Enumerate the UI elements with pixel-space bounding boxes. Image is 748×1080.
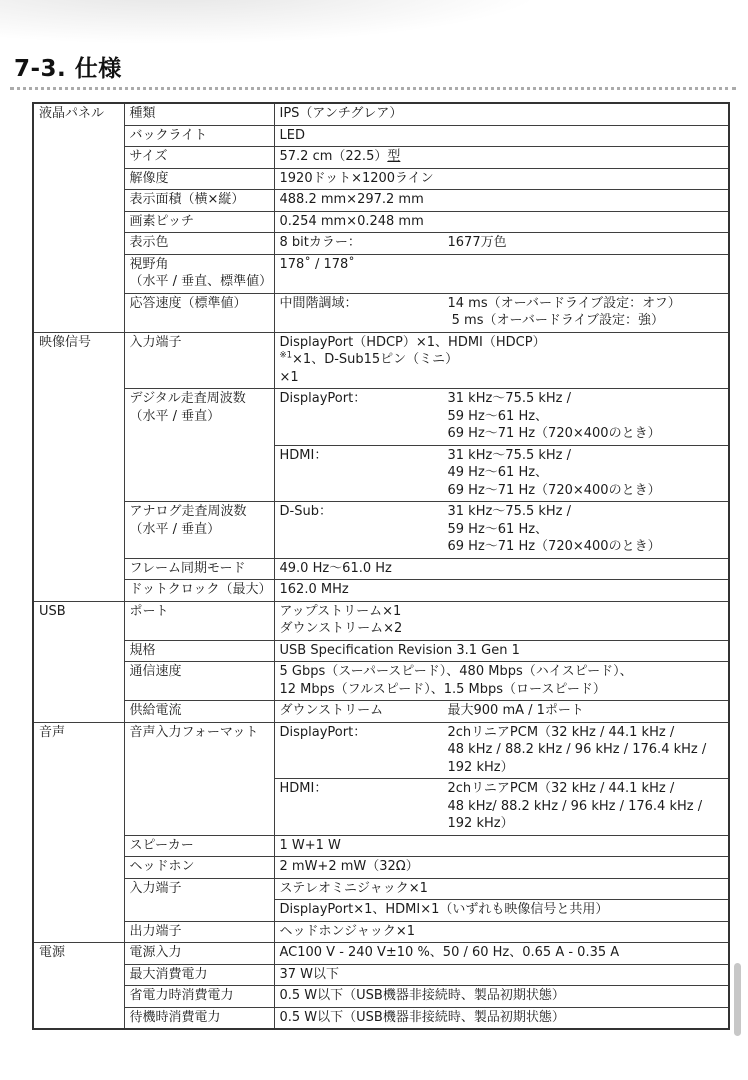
value-key: 中間階調域： [280,295,448,330]
spec-value: DisplayPort（HDCP）×1、HDMI（HDCP）※1×1、D-Sub… [274,332,729,389]
value-key: ダウンストリーム [280,702,448,720]
table-row: サイズ57.2 cm（22.5）型 [33,147,729,169]
table-row: 映像信号入力端子DisplayPort（HDCP）×1、HDMI（HDCP）※1… [33,332,729,389]
spec-label: 待機時消費電力 [124,1007,274,1029]
spec-label: 供給電流 [124,701,274,723]
table-row: アナログ走査周波数（水平 / 垂直）D-Sub：31 kHz～75.5 kHz … [33,502,729,559]
value-line: 1920ドット×1200ライン [280,170,725,188]
table-row: 出力端子ヘッドホンジャック×1 [33,921,729,943]
value-detail: 最大900 mA / 1ポート [448,702,725,720]
value-line: 12 Mbps（フルスピード）、1.5 Mbps（ロースピード） [280,681,725,699]
spec-label: デジタル走査周波数（水平 / 垂直） [124,389,274,502]
table-row: 視野角（水平 / 垂直、標準値）178˚ / 178˚ [33,254,729,293]
spec-value: 0.5 W以下（USB機器非接続時、製品初期状態） [274,1007,729,1029]
value-line: 69 Hz～71 Hz（720×400のとき） [448,425,725,443]
table-row: 画素ピッチ0.254 mm×0.248 mm [33,211,729,233]
table-row: 入力端子ステレオミニジャック×1 [33,878,729,900]
value-line: 5 Gbps（スーパースピード）、480 Mbps（ハイスピード）、 [280,663,725,681]
spec-label: 通信速度 [124,662,274,701]
spec-label: ドットクロック（最大） [124,580,274,602]
spec-label-line: スピーカー [130,837,270,855]
spec-value: ヘッドホンジャック×1 [274,921,729,943]
key-value-pair: DisplayPort：31 kHz～75.5 kHz /59 Hz～61 Hz… [280,390,725,443]
value-line: 2chリニアPCM（32 kHz / 44.1 kHz / [448,724,725,742]
spec-label: 入力端子 [124,878,274,921]
spec-label: 最大消費電力 [124,964,274,986]
value-line: 57.2 cm（22.5）型 [280,148,725,166]
spec-value: 0.5 W以下（USB機器非接続時、製品初期状態） [274,986,729,1008]
value-line: 2chリニアPCM（32 kHz / 44.1 kHz / [448,780,725,798]
section-label: 液晶パネル [33,103,124,332]
spec-label-line: サイズ [130,148,270,166]
spec-value: 162.0 MHz [274,580,729,602]
value-key: HDMI： [280,447,448,500]
spec-value: 178˚ / 178˚ [274,254,729,293]
spec-value: 2 mW+2 mW（32Ω） [274,857,729,879]
spec-label-line: 種類 [130,105,270,123]
spec-label: 応答速度（標準値） [124,293,274,332]
value-line: 14 ms（オーバードライブ設定：オフ） [448,295,725,313]
spec-value: 1920ドット×1200ライン [274,168,729,190]
spec-value: IPS（アンチグレア） [274,103,729,125]
table-row: 待機時消費電力0.5 W以下（USB機器非接続時、製品初期状態） [33,1007,729,1029]
value-line: 488.2 mm×297.2 mm [280,191,725,209]
value-line: 1677万色 [448,234,725,252]
spec-label: 入力端子 [124,332,274,389]
value-line: AC100 V - 240 V±10 %、50 / 60 Hz、0.65 A -… [280,944,725,962]
spec-label-line: 応答速度（標準値） [130,295,270,313]
value-line: LED [280,127,725,145]
value-key: DisplayPort： [280,724,448,777]
spec-value: 57.2 cm（22.5）型 [274,147,729,169]
value-line: 178˚ / 178˚ [280,256,725,274]
spec-value: ダウンストリーム最大900 mA / 1ポート [274,701,729,723]
spec-label: 電源入力 [124,943,274,965]
spec-label-line: 供給電流 [130,702,270,720]
spec-value: 49.0 Hz～61.0 Hz [274,558,729,580]
value-key: 8 bitカラー： [280,234,448,252]
spec-label-line: 省電力時消費電力 [130,987,270,1005]
spec-label: 出力端子 [124,921,274,943]
value-line: DisplayPort（HDCP）×1、HDMI（HDCP）※1×1、D-Sub… [280,334,725,369]
spec-label-line: 音声入力フォーマット [130,724,270,742]
table-row: ドットクロック（最大）162.0 MHz [33,580,729,602]
table-row: 表示色8 bitカラー：1677万色 [33,233,729,255]
spec-label-line: フレーム同期モード [130,560,270,578]
spec-value: 37 W以下 [274,964,729,986]
key-value-pair: D-Sub：31 kHz～75.5 kHz /59 Hz～61 Hz、69 Hz… [280,503,725,556]
spec-label: スピーカー [124,835,274,857]
section-label: 音声 [33,722,124,943]
table-row: 通信速度5 Gbps（スーパースピード）、480 Mbps（ハイスピード）、12… [33,662,729,701]
spec-value: LED [274,125,729,147]
spec-value: 488.2 mm×297.2 mm [274,190,729,212]
value-line: 最大900 mA / 1ポート [448,702,725,720]
table-row: 供給電流ダウンストリーム最大900 mA / 1ポート [33,701,729,723]
spec-label: 視野角（水平 / 垂直、標準値） [124,254,274,293]
table-row: バックライトLED [33,125,729,147]
scrollbar-thumb[interactable] [734,963,741,1036]
spec-label-line: 画素ピッチ [130,213,270,231]
value-key: D-Sub： [280,503,448,556]
table-row: 解像度1920ドット×1200ライン [33,168,729,190]
spec-value: 5 Gbps（スーパースピード）、480 Mbps（ハイスピード）、12 Mbp… [274,662,729,701]
spec-value: アップストリーム×1ダウンストリーム×2 [274,601,729,640]
value-detail: 31 kHz～75.5 kHz /49 Hz～61 Hz、69 Hz～71 Hz… [448,447,725,500]
value-line: 69 Hz～71 Hz（720×400のとき） [448,482,725,500]
spec-value: 8 bitカラー：1677万色 [274,233,729,255]
value-detail: 2chリニアPCM（32 kHz / 44.1 kHz /48 kHz / 88… [448,724,725,777]
spec-label: アナログ走査周波数（水平 / 垂直） [124,502,274,559]
spec-label: 画素ピッチ [124,211,274,233]
spec-label-line: 出力端子 [130,923,270,941]
key-value-pair: ダウンストリーム最大900 mA / 1ポート [280,702,725,720]
spec-label-line: 電源入力 [130,944,270,962]
spec-label-line: （水平 / 垂直） [130,408,270,426]
value-key: HDMI： [280,780,448,833]
value-text: DisplayPort（HDCP）×1、HDMI（HDCP） [280,335,546,350]
spec-label-line: 入力端子 [130,334,270,352]
table-row: スピーカー1 W+1 W [33,835,729,857]
table-row: 最大消費電力37 W以下 [33,964,729,986]
spec-value: DisplayPort×1、HDMI×1（いずれも映像信号と共用） [274,900,729,922]
spec-label-line: 入力端子 [130,880,270,898]
value-text: 57.2 cm（22.5） [280,149,388,164]
value-line: 31 kHz～75.5 kHz / [448,503,725,521]
spec-label-line: ヘッドホン [130,858,270,876]
spec-label-line: （水平 / 垂直、標準値） [130,273,270,291]
value-line: 31 kHz～75.5 kHz / [448,447,725,465]
spec-label: ポート [124,601,274,640]
page-title: 7-3. 仕様 [14,50,122,83]
value-line: USB Specification Revision 3.1 Gen 1 [280,642,725,660]
spec-label-line: 視野角 [130,256,270,274]
value-line: 192 kHz） [448,759,725,777]
value-detail: 31 kHz～75.5 kHz /59 Hz～61 Hz、69 Hz～71 Hz… [448,390,725,443]
spec-label-line: 表示色 [130,234,270,252]
value-line: 48 kHz / 88.2 kHz / 96 kHz / 176.4 kHz / [448,741,725,759]
spec-label: 表示面積（横×縦） [124,190,274,212]
spec-label: 省電力時消費電力 [124,986,274,1008]
value-line: 31 kHz～75.5 kHz / [448,390,725,408]
spec-label-line: 通信速度 [130,663,270,681]
spec-table-body: 液晶パネル種類IPS（アンチグレア）バックライトLEDサイズ57.2 cm（22… [33,103,729,1029]
table-row: フレーム同期モード49.0 Hz～61.0 Hz [33,558,729,580]
value-line: 37 W以下 [280,966,725,984]
table-row: デジタル走査周波数（水平 / 垂直）DisplayPort：31 kHz～75.… [33,389,729,446]
spec-value: DisplayPort：2chリニアPCM（32 kHz / 44.1 kHz … [274,722,729,779]
section-label: 電源 [33,943,124,1030]
key-value-pair: DisplayPort：2chリニアPCM（32 kHz / 44.1 kHz … [280,724,725,777]
value-line: 0.5 W以下（USB機器非接続時、製品初期状態） [280,1009,725,1027]
value-line: ×1 [280,369,725,387]
value-line: 59 Hz～61 Hz、 [448,408,725,426]
spec-label: 解像度 [124,168,274,190]
value-line: 162.0 MHz [280,581,725,599]
title-dotted-rule [10,87,736,90]
spec-value: 中間階調域：14 ms（オーバードライブ設定：オフ） 5 ms（オーバードライブ… [274,293,729,332]
spec-label-line: （水平 / 垂直） [130,521,270,539]
spec-label: 種類 [124,103,274,125]
spec-value: AC100 V - 240 V±10 %、50 / 60 Hz、0.65 A -… [274,943,729,965]
table-row: 応答速度（標準値）中間階調域：14 ms（オーバードライブ設定：オフ） 5 ms… [33,293,729,332]
table-row: 電源電源入力AC100 V - 240 V±10 %、50 / 60 Hz、0.… [33,943,729,965]
table-row: 表示面積（横×縦）488.2 mm×297.2 mm [33,190,729,212]
spec-label: 規格 [124,640,274,662]
spec-label: フレーム同期モード [124,558,274,580]
key-value-pair: HDMI：31 kHz～75.5 kHz /49 Hz～61 Hz、69 Hz～… [280,447,725,500]
table-row: 規格USB Specification Revision 3.1 Gen 1 [33,640,729,662]
spec-value: ステレオミニジャック×1 [274,878,729,900]
value-line: 69 Hz～71 Hz（720×400のとき） [448,538,725,556]
spec-value: HDMI：31 kHz～75.5 kHz /49 Hz～61 Hz、69 Hz～… [274,445,729,502]
table-row: USBポートアップストリーム×1ダウンストリーム×2 [33,601,729,640]
spec-label-line: 解像度 [130,170,270,188]
value-detail: 2chリニアPCM（32 kHz / 44.1 kHz /48 kHz/ 88.… [448,780,725,833]
spec-value: DisplayPort：31 kHz～75.5 kHz /59 Hz～61 Hz… [274,389,729,446]
section-label: 映像信号 [33,332,124,601]
footnote-marker: ※1 [280,351,293,361]
spec-label: サイズ [124,147,274,169]
value-line: DisplayPort×1、HDMI×1（いずれも映像信号と共用） [280,901,725,919]
table-row: 音声音声入力フォーマットDisplayPort：2chリニアPCM（32 kHz… [33,722,729,779]
value-line: 48 kHz/ 88.2 kHz / 96 kHz / 176.4 kHz / [448,798,725,816]
spec-label: 音声入力フォーマット [124,722,274,835]
value-line: ステレオミニジャック×1 [280,880,725,898]
spec-label-line: 規格 [130,642,270,660]
value-key: DisplayPort： [280,390,448,443]
spec-value: D-Sub：31 kHz～75.5 kHz /59 Hz～61 Hz、69 Hz… [274,502,729,559]
spec-value: USB Specification Revision 3.1 Gen 1 [274,640,729,662]
spec-label-line: 表示面積（横×縦） [130,191,270,209]
value-line: アップストリーム×1 [280,603,725,621]
value-line: 49.0 Hz～61.0 Hz [280,560,725,578]
value-line: 0.5 W以下（USB機器非接続時、製品初期状態） [280,987,725,1005]
value-line: IPS（アンチグレア） [280,105,725,123]
spec-value: 1 W+1 W [274,835,729,857]
value-line: 49 Hz～61 Hz、 [448,464,725,482]
spec-label-line: 最大消費電力 [130,966,270,984]
value-line: ヘッドホンジャック×1 [280,923,725,941]
key-value-pair: HDMI：2chリニアPCM（32 kHz / 44.1 kHz /48 kHz… [280,780,725,833]
table-row: ヘッドホン2 mW+2 mW（32Ω） [33,857,729,879]
value-line: ダウンストリーム×2 [280,620,725,638]
spec-label-line: バックライト [130,127,270,145]
spec-label: ヘッドホン [124,857,274,879]
spec-label-line: ドットクロック（最大） [130,581,270,599]
value-line: 192 kHz） [448,815,725,833]
key-value-pair: 中間階調域：14 ms（オーバードライブ設定：オフ） 5 ms（オーバードライブ… [280,295,725,330]
spec-label: 表示色 [124,233,274,255]
table-row: 省電力時消費電力0.5 W以下（USB機器非接続時、製品初期状態） [33,986,729,1008]
spec-value: HDMI：2chリニアPCM（32 kHz / 44.1 kHz /48 kHz… [274,779,729,836]
link-text[interactable]: 型 [387,149,400,164]
spec-value: 0.254 mm×0.248 mm [274,211,729,233]
value-line: 5 ms（オーバードライブ設定：強） [448,312,725,330]
spec-table: 液晶パネル種類IPS（アンチグレア）バックライトLEDサイズ57.2 cm（22… [32,102,730,1030]
spec-label-line: ポート [130,603,270,621]
table-row: 液晶パネル種類IPS（アンチグレア） [33,103,729,125]
value-detail: 31 kHz～75.5 kHz /59 Hz～61 Hz、69 Hz～71 Hz… [448,503,725,556]
spec-label: バックライト [124,125,274,147]
value-detail: 1677万色 [448,234,725,252]
spec-label-line: 待機時消費電力 [130,1009,270,1027]
value-line: 0.254 mm×0.248 mm [280,213,725,231]
value-text: ×1、D-Sub15ピン（ミニ） [292,352,458,367]
key-value-pair: 8 bitカラー：1677万色 [280,234,725,252]
value-line: 59 Hz～61 Hz、 [448,521,725,539]
section-label: USB [33,601,124,722]
value-detail: 14 ms（オーバードライブ設定：オフ） 5 ms（オーバードライブ設定：強） [448,295,725,330]
value-line: 2 mW+2 mW（32Ω） [280,858,725,876]
value-line: 1 W+1 W [280,837,725,855]
spec-label-line: アナログ走査周波数 [130,503,270,521]
spec-label-line: デジタル走査周波数 [130,390,270,408]
